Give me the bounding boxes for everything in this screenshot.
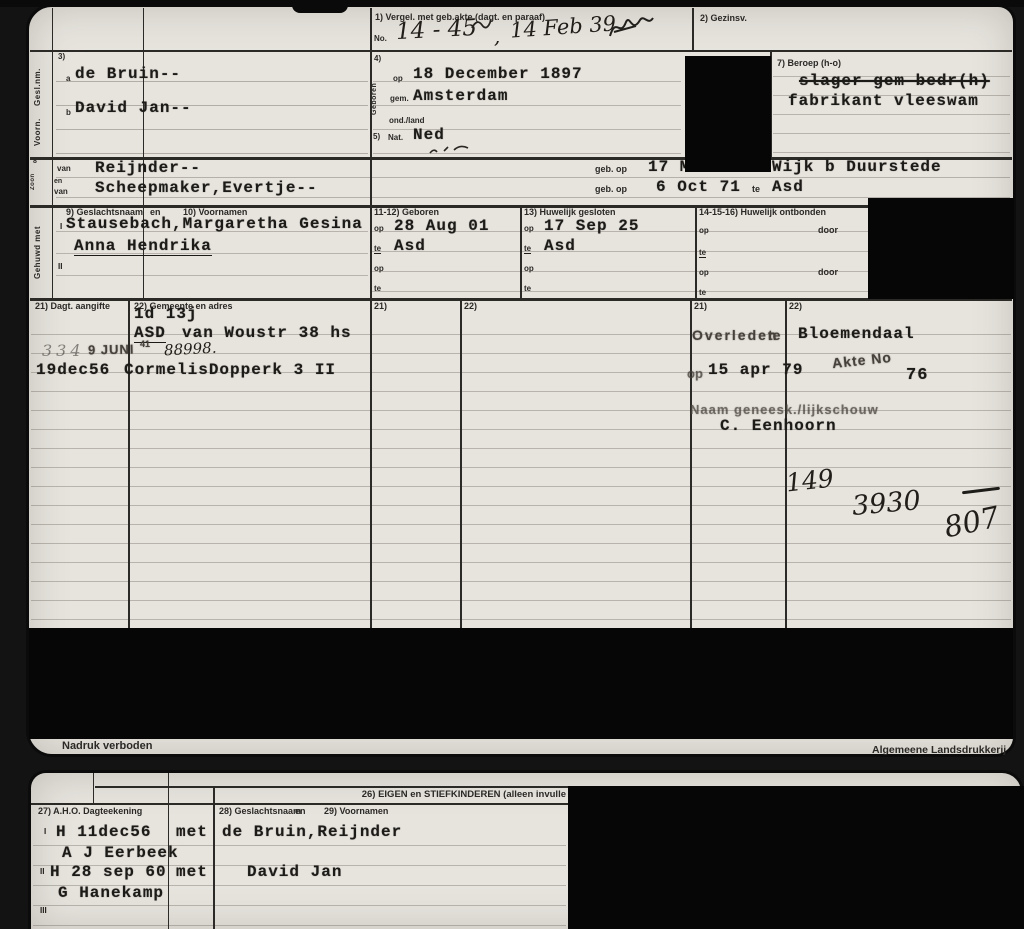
entry-age: 1d 13j (134, 305, 198, 323)
footer-left-text: Nadruk verboden (62, 740, 152, 752)
beroep-value: fabrikant vleeswam (788, 92, 979, 110)
grid-col-line-4 (785, 298, 787, 630)
card2-header-en: en (295, 806, 306, 816)
nat-label: Nat. (388, 133, 403, 142)
card2-roman-1: I (44, 827, 46, 836)
grid-header-22b: 22) (464, 301, 477, 311)
gezinsv-label: 2) Gezinsv. (700, 13, 747, 23)
card2-r1-met: met (176, 823, 208, 841)
card2-r2-spouse: G Hanekamp (58, 884, 164, 902)
geneesk-name-value: C. Eenhoorn (720, 417, 837, 435)
dissolved-te-label: te (699, 248, 706, 258)
ref-4: 4) (374, 54, 381, 63)
card2-roman-2: II (40, 867, 44, 876)
death-op-stamp: op (687, 366, 703, 381)
dissolved-op-label: op (699, 226, 709, 235)
overleden-te-stamp: te (768, 327, 780, 343)
scanned-registration-card-page: 1) Vergel. met geb.akte (dagt. en paraaf… (0, 0, 1024, 929)
card2-header-27: 27) A.H.O. Dagteekening (38, 806, 142, 816)
date-stamp: 9 JUNI (88, 342, 135, 358)
card2-header-29: 29) Voornamen (324, 806, 388, 816)
father-geb-op-label: geb. op (595, 164, 627, 174)
marriage-col-line-1 (520, 205, 522, 298)
dissolved-door-label: door (818, 225, 838, 235)
overleden-stamp: Overleden (692, 327, 778, 343)
wed-op2-label: op (524, 264, 534, 273)
faint-handwriting: 334 (42, 341, 85, 360)
van-label-2: van (54, 187, 68, 196)
handwritten-number: 88998. (164, 339, 217, 360)
birth-place-value: Amsterdam (413, 87, 508, 105)
mother-name-value: Scheepmaker,Evertje-- (95, 179, 318, 197)
grid-col-line-2 (460, 298, 462, 630)
zoon-vertical-label: Zoon (30, 163, 36, 201)
beroep-struck-value: slager gem bedr(h) (799, 72, 990, 90)
entry-addr2: CormelisDopperk 3 II (124, 361, 336, 379)
handwritten-149: 149 (785, 464, 835, 498)
birth-date-value: 18 December 1897 (413, 65, 583, 83)
wed-header: 13) Huwelijk gesloten (524, 207, 616, 217)
vergel-number-handwritten: 14 - 45 (395, 15, 477, 45)
gehuwd-met-vertical-label: Gehuwd met (33, 210, 42, 294)
mother-geb-op-label: geb. op (595, 184, 627, 194)
paraaf-icon (606, 12, 656, 42)
firstnames-marker: b (66, 108, 71, 117)
roman-2: II (58, 262, 62, 271)
scan-edge-band (0, 0, 1024, 7)
ref-5: 5) (373, 132, 380, 141)
redaction-box-marriage (868, 198, 1014, 299)
grid-header-21b: 21) (374, 301, 387, 311)
date-stamp-year: 41 (140, 339, 150, 349)
paraaf-tick-icon (470, 16, 492, 32)
wed-te-label: te (524, 244, 531, 254)
handwritten-3930: 3930 (851, 485, 922, 522)
naam-geneesk-stamp: Naam geneesk./lijkschouw (690, 402, 879, 417)
akte-no-value: 76 (906, 366, 928, 385)
spouse-birthplace-value: Asd (394, 237, 426, 255)
mother-te-label: te (752, 184, 760, 194)
wedding-place-value: Asd (544, 237, 576, 255)
scan-blot (292, 0, 348, 13)
spouse-name-line2: Anna Hendrika (74, 237, 212, 256)
firstnames-value: David Jan-- (75, 99, 192, 117)
label-strip-line (52, 8, 53, 298)
grid-header-22c: 22) (789, 301, 802, 311)
van-label-1: van (57, 164, 71, 173)
mother-birthplace-value: Asd (772, 178, 804, 196)
surname-value: de Bruin-- (75, 65, 181, 83)
ondland-label: ond./land (389, 116, 425, 125)
comma-handwritten: , (494, 24, 500, 48)
redaction-box-main (29, 628, 1013, 739)
card2-roman-3: III (40, 906, 47, 915)
dissolved-header: 14-15-16) Huwelijk ontbonden (699, 207, 826, 217)
death-place-value: Bloemendaal (798, 325, 915, 343)
wed-te2-label: te (524, 284, 531, 293)
pen-mark-icon (428, 142, 470, 156)
roman-1: I (60, 222, 62, 231)
marriage-col-line-2 (695, 205, 697, 298)
en-label: en (54, 178, 62, 185)
card2-r1-spouse: A J Eerbeek (62, 844, 179, 862)
card2-header-28: 28) Geslachtsnaam (219, 806, 301, 816)
born-header: 11-12) Geboren (374, 207, 439, 217)
surname-vertical-label: Gesl.nm. (33, 58, 42, 116)
death-date-value: 15 apr 79 (708, 361, 803, 379)
mother-birthdate-value: 6 Oct 71 (656, 178, 741, 196)
gem-label: gem. (390, 94, 409, 103)
father-birthplace-value: Wijk b Duurstede (772, 158, 942, 176)
dissolved-door2-label: door (818, 267, 838, 277)
wed-op-label: op (524, 224, 534, 233)
no-label: No. (374, 34, 387, 43)
grid-col-line-3 (690, 298, 692, 630)
born-op-label: op (374, 224, 384, 233)
beroep-label: 7) Beroep (h-o) (777, 58, 841, 68)
gezinsv-cell-line (692, 8, 694, 52)
born-te-label: te (374, 244, 381, 254)
row1-bottom-line (30, 50, 1012, 52)
father-name-value: Reijnder-- (95, 159, 201, 177)
card2-r1-left: H 11dec56 (56, 823, 151, 841)
grid-header-21c: 21) (694, 301, 707, 311)
card2-r2-left: H 28 sep 60 (50, 863, 167, 881)
entry-date2: 19dec56 (36, 361, 110, 379)
born-te2-label: te (374, 284, 381, 293)
footer-right-text: Algemeene Landsdrukkerij (872, 744, 1006, 756)
redaction-box-photo (685, 56, 771, 172)
geboren-op-label: op (393, 74, 403, 83)
card2-r2-met: met (176, 863, 208, 881)
geboren-vertical-label: Geboren (371, 68, 378, 130)
card2-vline-a (93, 773, 94, 803)
card2-r2-child: David Jan (247, 863, 342, 881)
wedding-date-value: 17 Sep 25 (544, 217, 639, 235)
dissolved-op2-label: op (699, 268, 709, 277)
dissolved-te2-label: te (699, 288, 706, 297)
surname-marker: a (66, 74, 70, 83)
spouse-birthdate-value: 28 Aug 01 (394, 217, 489, 235)
spouse-name-line1: Stausebach,Margaretha Gesina (66, 215, 363, 233)
grid-header-21a: 21) Dagt. aangifte (35, 301, 110, 311)
card2-column-divider (213, 786, 215, 929)
ref-3: 3) (58, 52, 65, 61)
card2-r1-child: de Bruin,Reijnder (222, 823, 402, 841)
born-op2-label: op (374, 264, 384, 273)
redaction-box-card2 (568, 786, 1024, 929)
firstnames-vertical-label: Voorn. (33, 110, 42, 154)
card2-header-26: 26) EIGEN en STIEFKINDEREN (alleen invul… (250, 789, 566, 800)
